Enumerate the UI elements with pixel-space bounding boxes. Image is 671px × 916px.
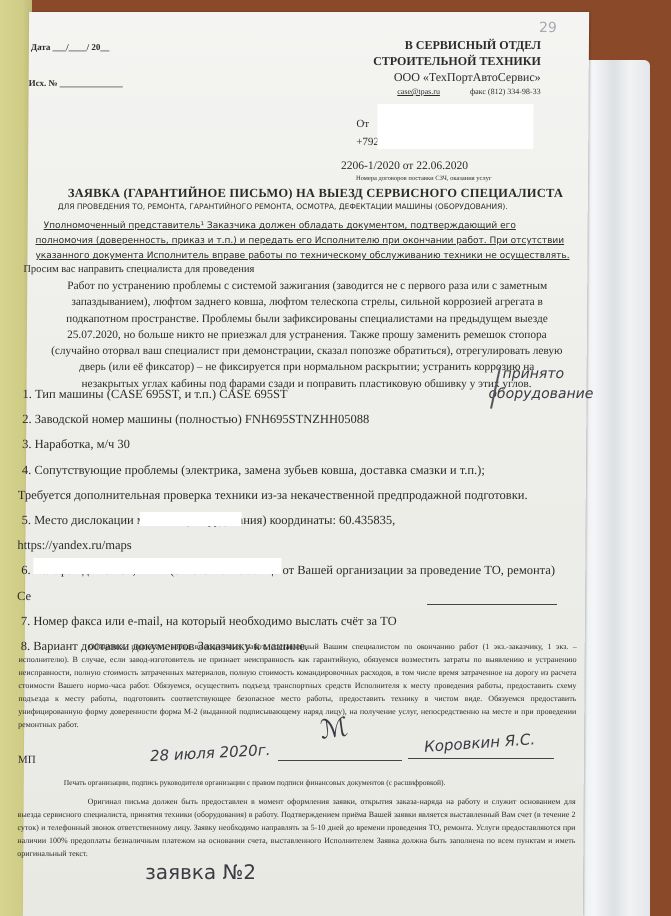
document-title: ЗАЯВКА (ГАРАНТИЙНОЕ ПИСЬМО) НА ВЫЕЗД СЕР… [68,186,563,201]
item-operating-hours: 3. Наработка, м/ч 30 [22,432,556,457]
item-contact-value: Се [17,584,555,609]
item-invoice-contact: 7. Номер факса или e-mail, на который не… [21,609,555,634]
date-field: Дата ___/____/ 20__ [31,42,110,52]
signature-date-handwritten: 28 июля 2020г. [150,741,271,765]
recipient-email[interactable]: case@tpas.ru [397,87,440,96]
item-machine-type: 1. Тип машины (CASE 695ST, и т.п.) CASE … [22,382,556,407]
item-serial-number: 2. Заводской номер машины (полностью) FN… [22,407,556,432]
from-label: От [356,118,369,130]
document-page: 29 Дата ___/____/ 20__ Исх. № __________… [23,12,589,916]
item-location-link[interactable]: https://yandex.ru/maps [17,533,555,558]
document-subtitle: ДЛЯ ПРОВЕДЕНИЯ ТО, РЕМОНТА, ГАРАНТИЙНОГО… [58,202,508,211]
from-phone: +792 [356,136,379,148]
obligations-text: Обязуемся, подписать наряд выполненных р… [18,640,577,731]
outgoing-blank: ______________ [60,78,123,88]
footer-text: Оригинал письма должен быть предоставлен… [17,795,575,860]
item-related-problems-value: Требуется дополнительная проверка техник… [18,483,556,508]
outgoing-number-field: Исх. № ______________ [29,78,123,88]
invoice-blank-line [427,604,557,605]
page-number-handwritten: 29 [539,20,557,36]
recipient-block: В СЕРВИСНЫЙ ОТДЕЛ СТРОИТЕЛЬНОЙ ТЕХНИКИ О… [373,37,541,99]
handwritten-footer-note: заявка №2 [145,860,256,884]
signer-name-handwritten: Коровкин Я.С. [424,730,536,756]
redaction-contact [33,558,281,574]
outgoing-label: Исх. № [29,78,58,88]
item-location: 5. Место дислокации машины (оборудования… [22,508,556,533]
request-intro: Просим вас направить специалиста для про… [23,264,254,275]
contract-caption: Номера договоров поставки СЗЧ, оказания … [356,175,492,182]
recipient-company: ООО «ТехПортАвтоСервис» [373,69,541,85]
authorization-notice: Уполномоченный представитель¹ Заказчика … [35,219,569,264]
signature-scribble: ℳ [318,712,350,746]
redaction-sender [377,104,533,149]
item-related-problems: 4. Сопутствующие проблемы (электрика, за… [22,458,556,483]
form-items: 1. Тип машины (CASE 695ST, и т.п.) CASE … [21,382,557,659]
recipient-line1: В СЕРВИСНЫЙ ОТДЕЛ [373,37,541,53]
recipient-line2: СТРОИТЕЛЬНОЙ ТЕХНИКИ [373,53,541,69]
name-line [408,758,554,759]
signature-caption: Печать организации, подпись руководителя… [64,778,446,787]
date-label: Дата [31,42,51,52]
date-blank: ___/____/ 20__ [53,42,110,52]
contract-number: 2206-1/2020 от 22.06.2020 [341,160,468,172]
signature-line [278,760,402,761]
recipient-fax: факс (812) 334-98-33 [470,87,541,96]
redaction-map-link [140,512,242,526]
stamp-place-label: МП [18,754,36,766]
